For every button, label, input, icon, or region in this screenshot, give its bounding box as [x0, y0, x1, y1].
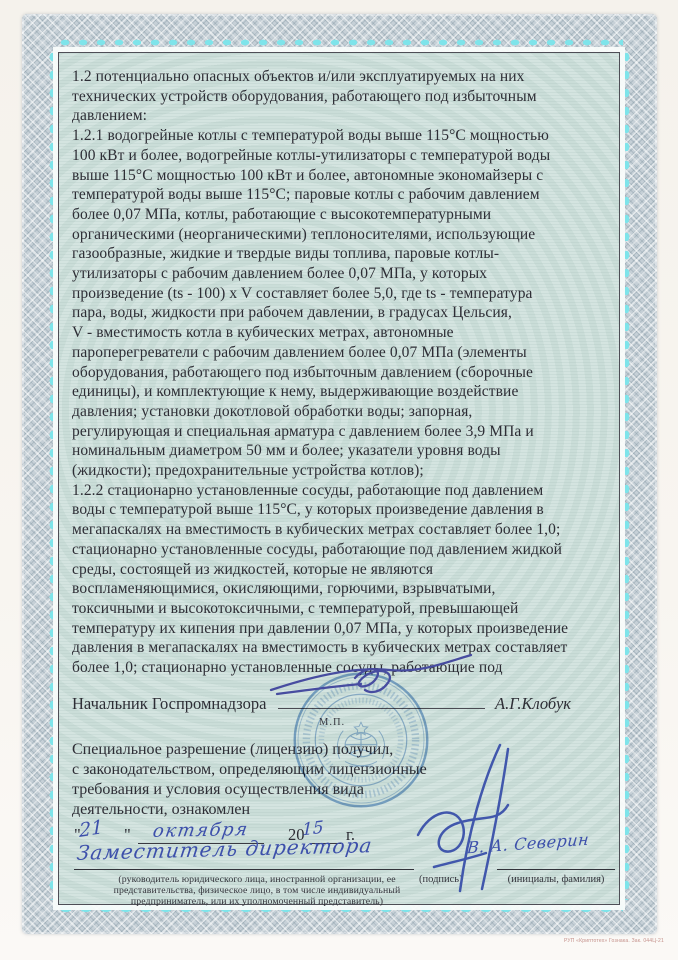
clause-1-2-1-text: 1.2.1 водогрейные котлы с температурой в… [72, 126, 609, 481]
licensee-signature [404, 739, 536, 901]
printers-mark: РУП «Криптотех» Гознака. Зак. 044Ц-21 [564, 938, 664, 944]
signer-note: (руководитель юридического лица, иностра… [92, 874, 422, 908]
cyan-ornament-column-left [47, 48, 58, 900]
clause-1-2-text: 1.2 потенциально опасных объектов и/или … [72, 67, 609, 126]
official-name: А.Г.Клобук [495, 694, 571, 714]
handwritten-day: 21 [79, 816, 103, 842]
document-content-frame: 1.2 потенциально опасных объектов и/или … [58, 52, 620, 905]
official-signature [267, 644, 475, 708]
license-document-page: 1.2 потенциально опасных объектов и/или … [0, 0, 678, 960]
cyan-ornament-column-right [621, 48, 632, 900]
cyan-ornament-row-top [56, 37, 623, 48]
official-title: Начальник Госпромнадзора [72, 694, 266, 714]
